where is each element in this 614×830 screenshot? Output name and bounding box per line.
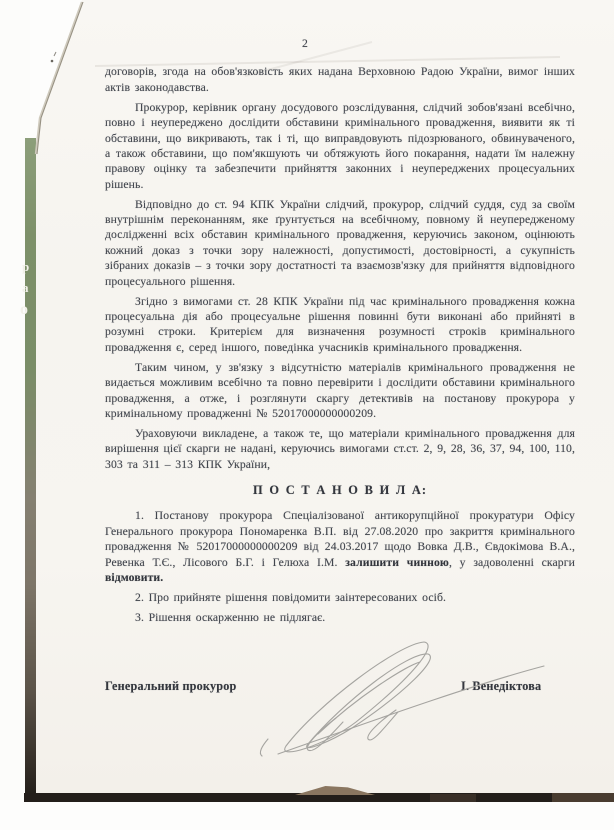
document-body: 2 договорів, згода на обов'язковість яки…	[105, 36, 575, 630]
resolution-item-1: 1. Постанову прокурора Спеціалізованої а…	[105, 508, 575, 585]
table-edge-patch	[552, 793, 614, 802]
body-paragraph: Таким чином, у зв'язку з відсутністю мат…	[105, 360, 575, 422]
body-paragraph: Відповідно до ст. 94 КПК України слідчий…	[105, 197, 575, 289]
page-number: 2	[105, 36, 505, 51]
folder-text-fragment: а	[22, 281, 29, 294]
item1-bold-keep-valid: залишити чинною	[345, 556, 449, 569]
body-paragraph: Прокурор, керівник органу досудового роз…	[105, 100, 575, 192]
table-edge-patch	[430, 794, 476, 802]
folder-text-fragment: о	[20, 303, 28, 316]
body-paragraph: договорів, згода на обов'язковість яких …	[105, 64, 575, 95]
signer-name: І. Венедіктова	[461, 679, 541, 694]
item1-text: , у задоволенні скарги	[449, 556, 575, 569]
resolution-item-2: 2. Про прийняте рішення повідомити заінт…	[105, 590, 575, 605]
body-paragraph: Ураховуючи викладене, а також те, що мат…	[105, 426, 575, 472]
body-paragraph: Згідно з вимогами ст. 28 КПК України під…	[105, 294, 575, 356]
resolution-heading: П О С Т А Н О В И Л А:	[105, 483, 575, 498]
green-folder-edge	[25, 138, 36, 794]
resolution-item-3: 3. Рішення оскарженню не підлягає.	[105, 610, 575, 625]
item1-bold-refuse: відмовити.	[105, 571, 163, 584]
signer-title: Генеральний прокурор	[105, 679, 237, 694]
folder-text-fragment: р	[22, 260, 29, 273]
scanned-document-photo: р а о 2 договорів, згода на обов'язковіс…	[0, 0, 614, 830]
